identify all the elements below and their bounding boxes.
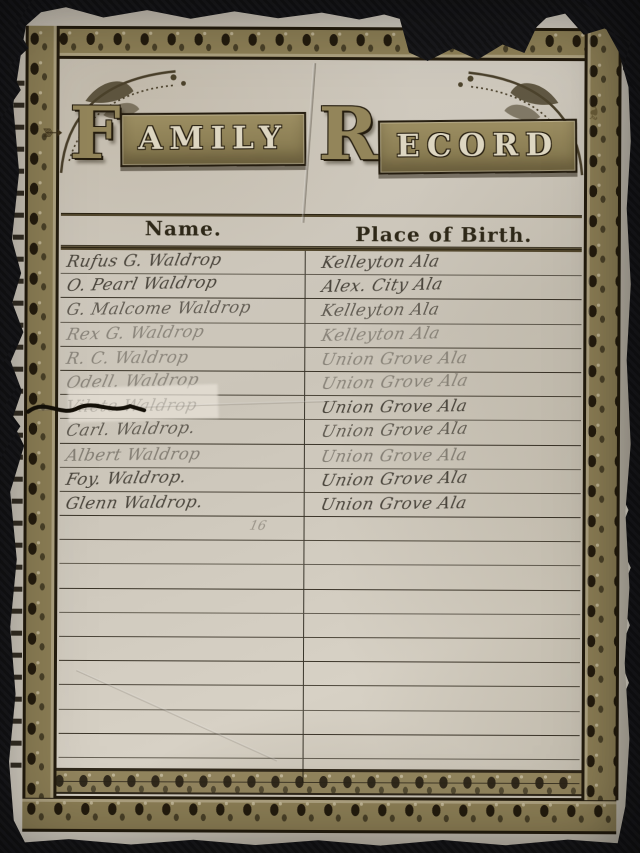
handwritten-name: Odell. Waldrop — [64, 368, 202, 394]
table-row: Carl. Waldrop.Union Grove Ala — [60, 419, 581, 445]
empty-ruled-line — [59, 540, 580, 566]
handwritten-name: Foy. Waldrop. — [64, 465, 189, 491]
arrow-flourish-icon: ➳ — [42, 118, 64, 148]
place-cell: Union Grove Ala — [305, 469, 581, 494]
name-cell: Foy. Waldrop. — [60, 468, 305, 493]
handwritten-name: Glenn Waldrop. — [64, 490, 206, 515]
place-cell — [304, 710, 580, 735]
handwritten-name: Albert Waldrop — [64, 442, 203, 467]
name-cell — [59, 564, 304, 589]
name-cell — [59, 661, 304, 686]
handwritten-place: Union Grove Ala — [318, 491, 469, 516]
place-cell — [304, 541, 580, 566]
column-header-name: Name. — [61, 216, 306, 241]
empty-ruled-line — [58, 758, 579, 784]
empty-ruled-line — [59, 685, 580, 711]
handwritten-name: Vilete Waldrop — [64, 393, 199, 418]
photo-scene: ➳ F AMILY R ECORD ❧ Name. Place of Birth… — [0, 0, 640, 853]
place-cell — [304, 614, 580, 639]
title-text-ecord: ECORD — [396, 127, 559, 165]
fleuron-icon: ❧ — [582, 105, 606, 122]
table-row: Glenn Waldrop.Union Grove Ala — [60, 492, 581, 518]
title-text-amily: AMILY — [138, 120, 288, 157]
column-header-place: Place of Birth. — [306, 222, 582, 247]
name-cell — [59, 637, 304, 662]
page-title: ➳ F AMILY R ECORD ❧ — [61, 93, 582, 160]
empty-ruled-line — [59, 613, 580, 639]
handwritten-place: Kelleyton Ala — [319, 298, 441, 323]
table-row: Rex G. WaldropKelleyton Ala — [60, 322, 581, 348]
empty-ruled-line — [59, 564, 580, 590]
handwritten-name: Carl. Waldrop. — [64, 416, 198, 442]
place-cell — [304, 590, 580, 615]
empty-ruled-line — [59, 734, 580, 760]
name-cell — [59, 685, 304, 710]
handwritten-place: Union Grove Ala — [319, 369, 471, 395]
handwritten-place: Alex. City Ala — [319, 272, 445, 298]
empty-ruled-line — [59, 637, 580, 663]
handwritten-place: Union Grove Ala — [319, 346, 470, 371]
empty-ruled-line — [59, 709, 580, 735]
title-dropcap-f: F — [69, 101, 118, 166]
records-table: 16 Rufus G. WaldropKelleyton AlaO. Pearl… — [58, 250, 581, 784]
name-cell — [59, 540, 304, 565]
stray-pencil-mark: 16 — [248, 519, 268, 534]
title-header: ➳ F AMILY R ECORD ❧ — [61, 61, 583, 215]
name-cell — [59, 709, 304, 734]
place-cell: Kelleyton Ala — [305, 323, 581, 348]
name-cell — [59, 516, 304, 541]
name-cell: Rex G. Waldrop — [60, 322, 305, 347]
title-dropcap-r: R — [318, 102, 376, 167]
family-record-page: ➳ F AMILY R ECORD ❧ Name. Place of Birth… — [6, 4, 634, 849]
handwritten-place: Union Grove Ala — [319, 394, 470, 419]
name-cell — [59, 613, 304, 638]
place-cell — [304, 662, 580, 687]
title-banner-family: AMILY — [120, 112, 306, 167]
ornate-border-bottom — [22, 796, 616, 835]
title-banner-record: ECORD — [378, 119, 577, 175]
name-cell — [59, 734, 304, 759]
name-cell: Odell. Waldrop — [60, 371, 305, 396]
name-cell: Glenn Waldrop. — [60, 492, 305, 517]
column-headers: Name. Place of Birth. — [61, 216, 582, 247]
handwritten-place: Union Grove Ala — [319, 443, 470, 468]
place-cell: Kelleyton Ala — [305, 299, 581, 324]
handwritten-name: O. Pearl Waldrop — [65, 271, 220, 298]
handwritten-place: Kelleyton Ala — [320, 249, 442, 274]
name-cell — [59, 588, 304, 613]
name-cell: Carl. Waldrop. — [60, 419, 305, 444]
place-cell — [304, 517, 580, 542]
handwritten-name: Rufus G. Waldrop — [65, 248, 224, 273]
place-cell — [303, 759, 579, 784]
handwritten-name: Rex G. Waldrop — [64, 319, 207, 345]
place-cell — [304, 638, 580, 663]
place-cell: Union Grove Ala — [305, 420, 581, 445]
handwritten-place: Union Grove Ala — [319, 465, 471, 491]
empty-ruled-line — [59, 588, 580, 614]
handwritten-place: Union Grove Ala — [319, 417, 471, 443]
place-cell — [303, 735, 579, 760]
place-cell — [304, 565, 580, 590]
page-content: ➳ F AMILY R ECORD ❧ Name. Place of Birth… — [59, 61, 583, 768]
empty-ruled-line — [59, 661, 580, 687]
place-cell — [304, 686, 580, 711]
name-cell — [58, 758, 303, 783]
handwritten-name: R. C. Waldrop — [64, 345, 191, 370]
empty-ruled-line — [59, 516, 580, 542]
handwritten-name: G. Malcome Waldrop — [64, 296, 253, 321]
place-cell: Union Grove Ala — [304, 493, 580, 518]
handwritten-place: Kelleyton Ala — [319, 321, 442, 347]
place-cell: Alex. City Ala — [305, 275, 581, 300]
